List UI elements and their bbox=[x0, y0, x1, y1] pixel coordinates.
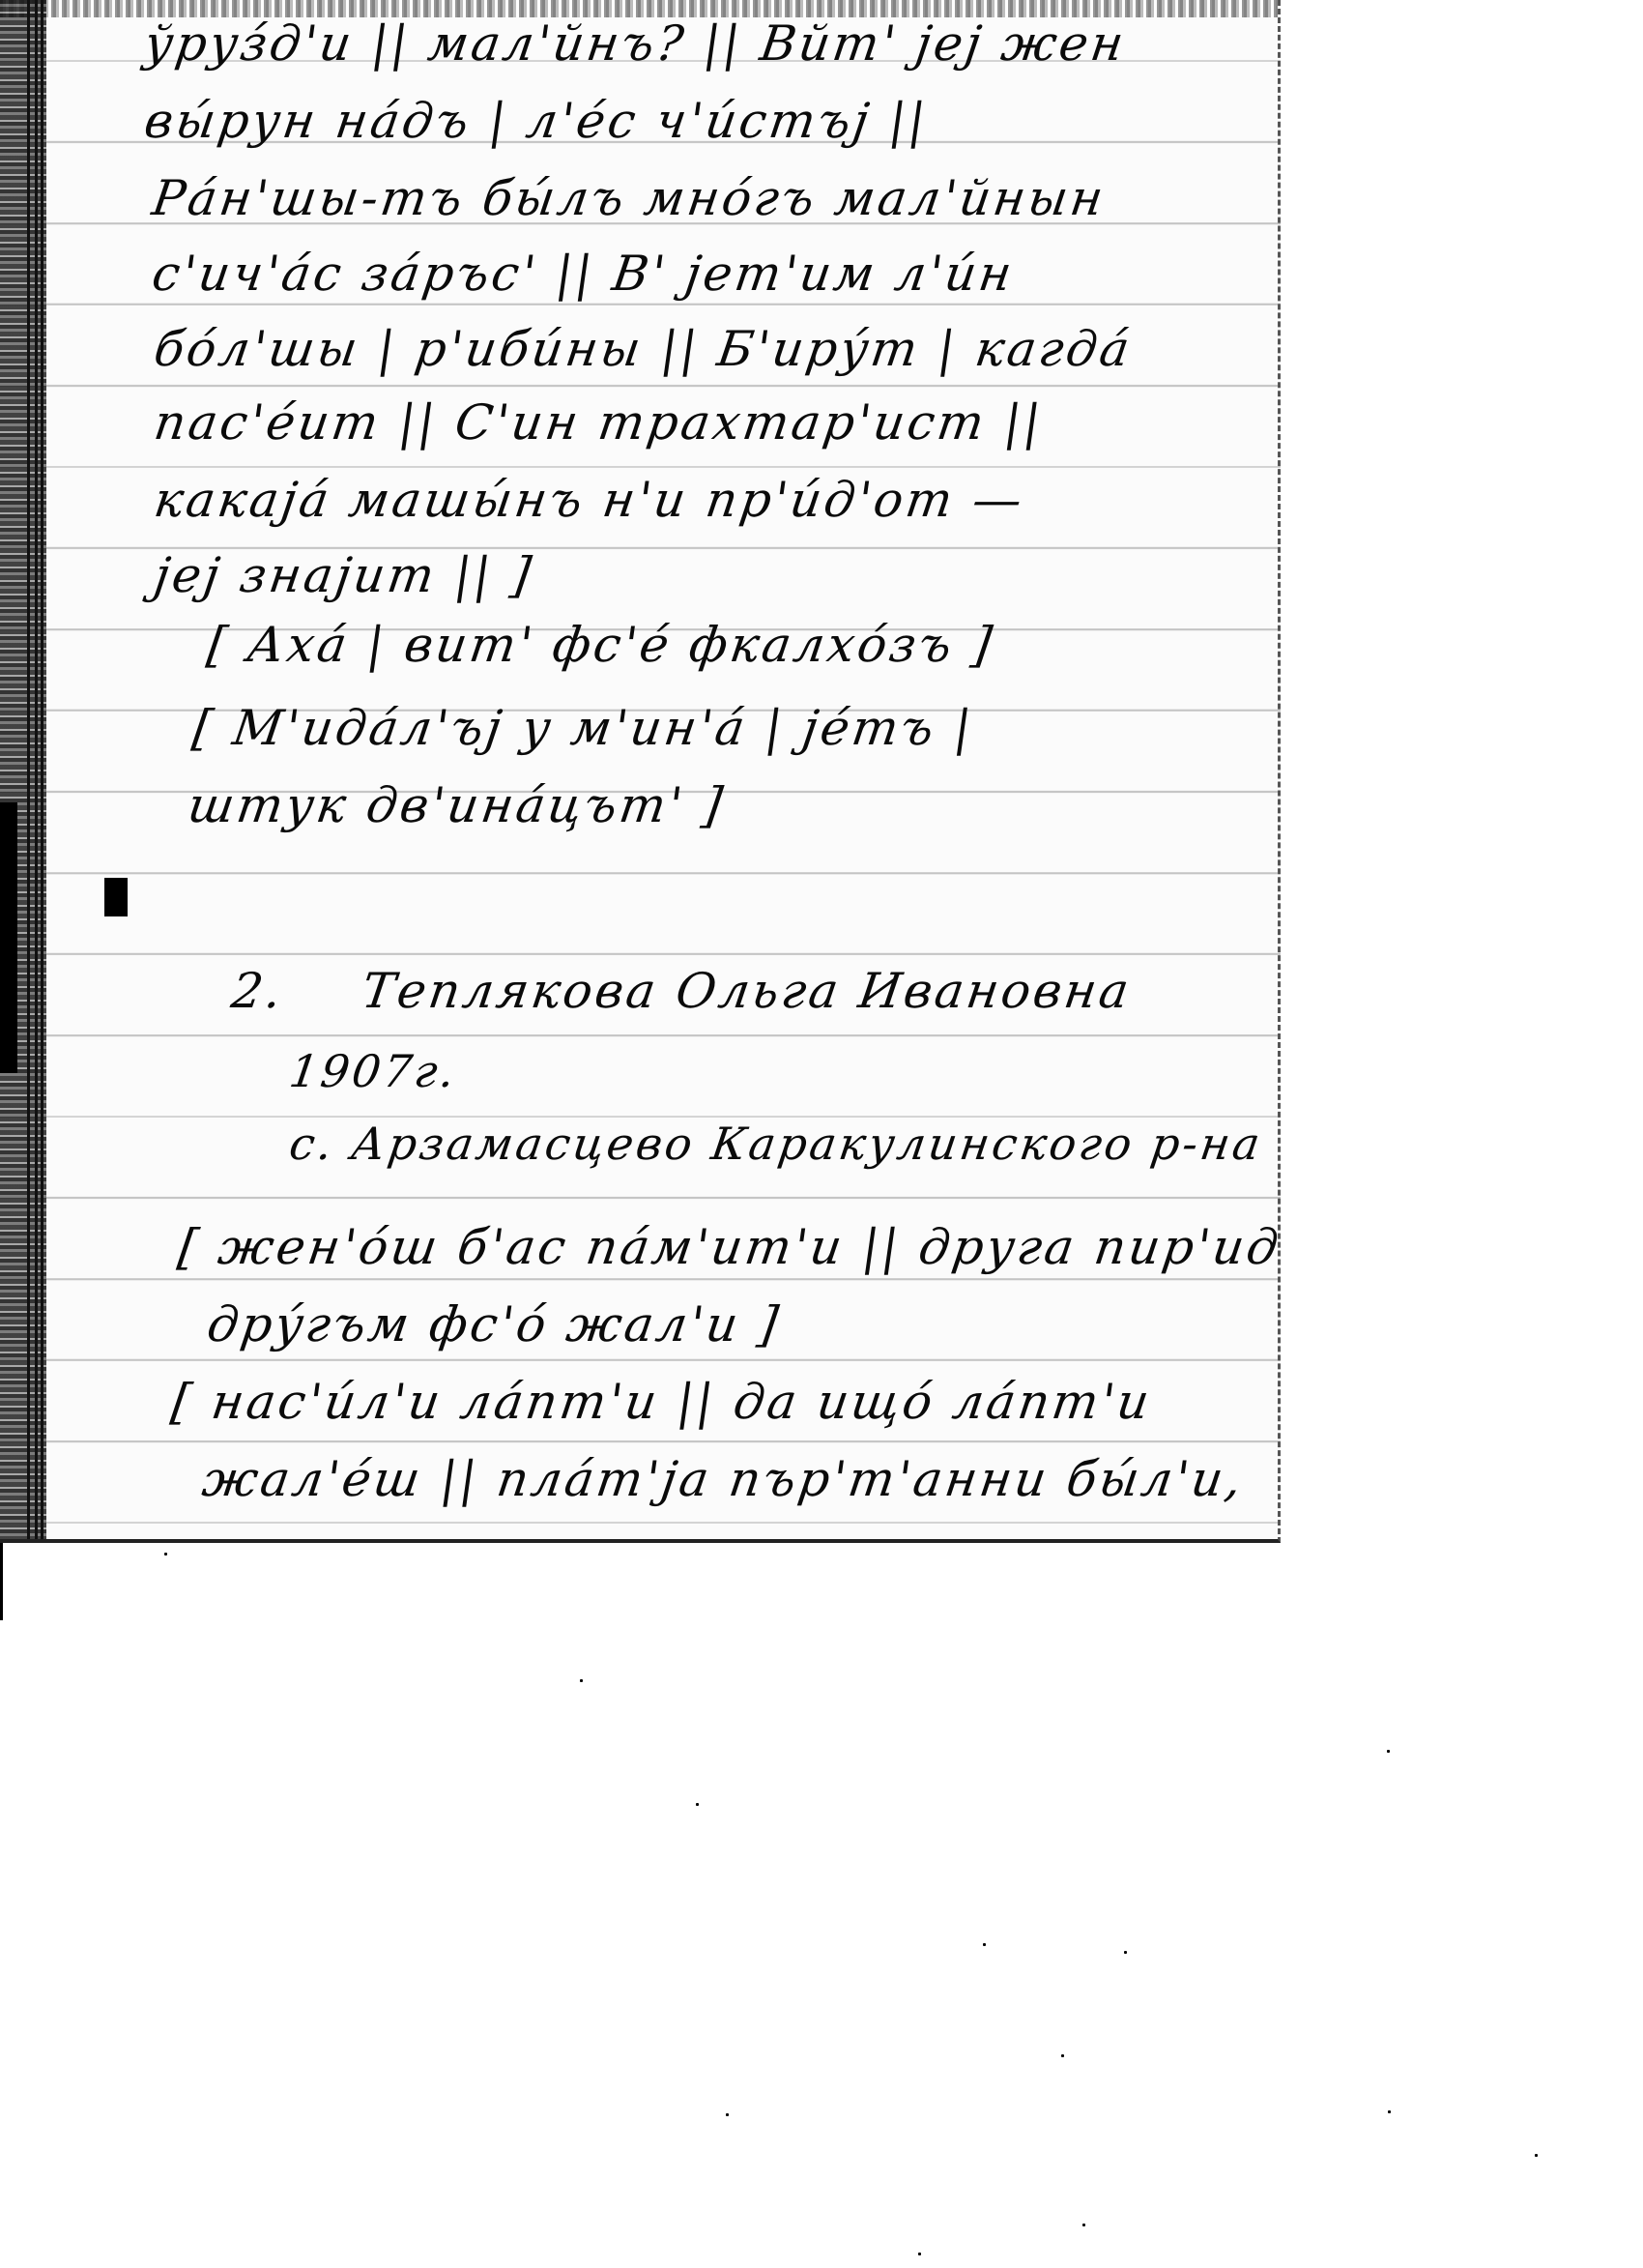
informant-number: 2. bbox=[228, 967, 287, 1015]
text-line: јеј знајит || ] bbox=[151, 551, 536, 599]
text-line: дру́гъм фс'о́ жал'и ] bbox=[204, 1300, 783, 1349]
informant-name: Теплякова Ольга Ивановна bbox=[359, 967, 1134, 1015]
scan-speck bbox=[1061, 2054, 1064, 2057]
scan-speck bbox=[164, 1553, 167, 1556]
binding-line bbox=[35, 0, 38, 1539]
text-line: Ра́н'шы-тъ бы́лъ мно́гъ мал'йнын bbox=[149, 174, 1109, 222]
scan-speck bbox=[696, 1803, 699, 1806]
scan-speck bbox=[983, 1943, 986, 1946]
informant-birth-year: 1907г. bbox=[287, 1049, 460, 1093]
text-line: штук дв'ина́цът' ] bbox=[185, 781, 728, 829]
scan-speck bbox=[918, 2253, 921, 2255]
text-line: бо́л'шы | р'иби́ны || Б'иру́т | кагда́ bbox=[151, 325, 1135, 373]
text-line: какаја́ машы́нъ н'и пр'и́д'от — bbox=[151, 476, 1027, 524]
binding-line bbox=[27, 0, 30, 1539]
scan-speck bbox=[726, 2113, 729, 2116]
notebook-binding-edge bbox=[0, 0, 46, 1539]
text-line: пас'е́ит || С'ин трахтар'ист || bbox=[151, 398, 1046, 447]
scan-speck bbox=[1535, 2154, 1538, 2157]
text-line: [ Аха́ | вит' фс'е́ фкалхо́зъ ] bbox=[204, 621, 997, 669]
text-line: с'ич'а́с за́ръс' || В' јет'им л'и́н bbox=[149, 249, 1017, 298]
scan-speck bbox=[1124, 1951, 1127, 1954]
scan-speck bbox=[1388, 2110, 1391, 2113]
scan-edge-mark bbox=[0, 1543, 3, 1620]
text-line: [ нас'и́л'и ла́пт'и || да ищо́ ла́пт'и bbox=[168, 1378, 1154, 1426]
text-line: вы́рун на́дъ | л'е́с ч'и́стъј || bbox=[141, 97, 931, 145]
text-line: [ М'ида́л'ъј у м'ин'а́ | је́тъ | bbox=[189, 704, 976, 752]
text-line: ўруз́д'и || мал'йнъ? || Вйт' јеј жен bbox=[141, 19, 1129, 68]
scan-speck bbox=[580, 1679, 583, 1682]
scan-speck bbox=[1387, 1750, 1390, 1753]
text-line: [ жен'о́ш б'ас па́м'ит'и || друга пир'ид bbox=[175, 1223, 1281, 1271]
ink-block-mark bbox=[104, 878, 128, 916]
informant-place: с. Арзамасцево Каракулинского р-на bbox=[287, 1121, 1265, 1166]
scan-speck bbox=[1082, 2224, 1085, 2226]
scanned-notebook-page: ўруз́д'и || мал'йнъ? || Вйт' јеј жен вы́… bbox=[0, 0, 1281, 1543]
binding-shadow bbox=[0, 802, 17, 1073]
binding-line bbox=[41, 0, 43, 1539]
text-line: жал'е́ш || пла́т'ја пър'т'анни бы́л'и, bbox=[199, 1455, 1247, 1503]
